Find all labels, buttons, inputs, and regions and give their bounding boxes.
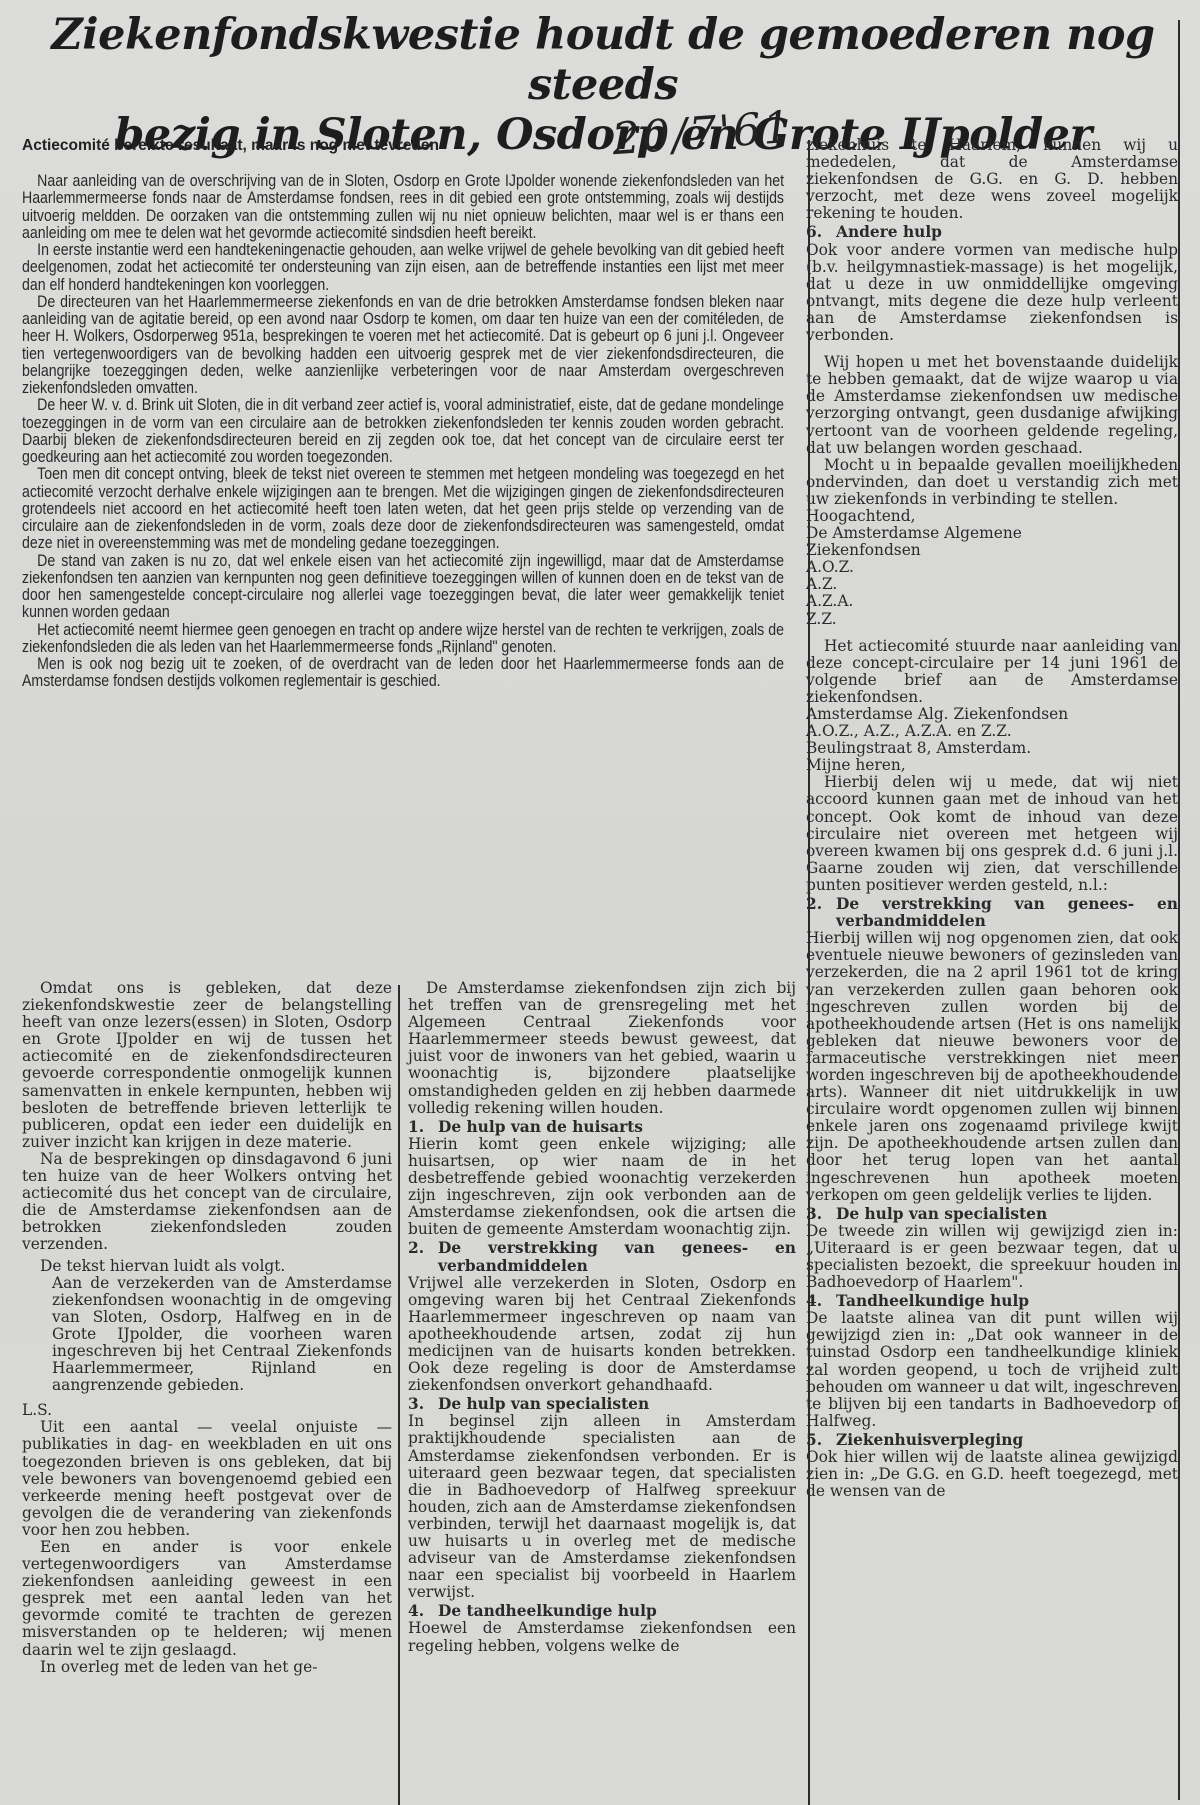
salutation: L.S. [22,1402,392,1419]
newspaper-clipping: Ziekenfondskwestie houdt de gemoederen n… [0,0,1200,1805]
column-2: De Amsterdamse ziekenfondsen zijn zich b… [408,980,796,1655]
intro-paragraph: De heer W. v. d. Brink uit Sloten, die i… [22,396,784,465]
paragraph: Omdat ons is gebleken, dat deze ziekenfo… [22,980,392,1151]
signature-line: A.O.Z. [806,559,1178,576]
intro-paragraph: Men is ook nog bezig uit te zoeken, of d… [22,655,784,690]
section-text: In beginsel zijn alleen in Amsterdam pra… [408,1413,796,1601]
paragraph: Het actiecomité stuurde naar aanleiding … [806,638,1178,706]
section-text: De laatste alinea van dit punt willen wi… [806,1310,1178,1430]
paragraph: In overleg met de leden van het ge- [22,1659,392,1676]
column-3: ziekenhuis te Haarlem, kunnen wij u mede… [806,137,1178,1500]
intro-paragraph: De directeuren van het Haarlemmermeerse … [22,293,784,397]
paragraph: ziekenhuis te Haarlem, kunnen wij u mede… [806,137,1178,222]
column-rule [398,985,400,1805]
section-text: De tweede zin willen wij gewijzigd zien … [806,1223,1178,1291]
intro-paragraph: Het actiecomité neemt hiermee geen genoe… [22,621,784,656]
paragraph: Na de besprekingen op dinsdagavond 6 jun… [22,1151,392,1254]
intro-paragraph: In eerste instantie werd een handtekenin… [22,241,784,293]
column-1: Omdat ons is gebleken, dat deze ziekenfo… [22,980,392,1676]
section-text: Vrijwel alle verzekerden in Sloten, Osdo… [408,1275,796,1395]
paragraph: Hierbij delen wij u mede, dat wij niet a… [806,774,1178,894]
section-heading: 6.Andere hulp [806,224,1178,241]
paragraph: De Amsterdamse ziekenfondsen zijn zich b… [408,980,796,1117]
section-text: Hierin komt geen enkele wijziging; alle … [408,1136,796,1239]
paragraph: Een en ander is voor enkele vertegenwoor… [22,1539,392,1659]
address-line: Amsterdamse Alg. Ziekenfondsen [806,706,1178,723]
paragraph: Mocht u in bepaalde gevallen moeilijkhed… [806,457,1178,508]
intro-paragraph: Toen men dit concept ontving, bleek de t… [22,465,784,551]
address-line: A.O.Z., A.Z., A.Z.A. en Z.Z. [806,723,1178,740]
signature-line: De Amsterdamse Algemene [806,525,1178,542]
section-heading: 2.De verstrekking van genees- en verband… [408,1240,796,1274]
address-line: Beulingstraat 8, Amsterdam. [806,740,1178,757]
signature-line: Ziekenfondsen [806,542,1178,559]
section-heading: 5.Ziekenhuisverpleging [806,1432,1178,1449]
intro-text-block: Naar aanleiding van de overschrijving va… [22,172,784,690]
intro-paragraph: Naar aanleiding van de overschrijving va… [22,172,784,241]
circular-address: Aan de verzekerden van de Amsterdamse zi… [52,1275,392,1395]
subheadline: Actiecomité bereikte resultaat, maar is … [22,137,439,155]
section-text: Ook hier willen wij de laatste alinea ge… [806,1449,1178,1500]
section-text: Hoewel de Amsterdamse ziekenfondsen een … [408,1620,796,1654]
section-heading: 3.De hulp van specialisten [408,1396,796,1413]
intro-paragraph: De stand van zaken is nu zo, dat wel enk… [22,552,784,621]
section-heading: 4.De tandheelkundige hulp [408,1603,796,1620]
section-heading: 1.De hulp van de huisarts [408,1119,796,1136]
signature-line: A.Z. [806,576,1178,593]
column-rule [1178,20,1180,1800]
signature-line: Hoogachtend, [806,508,1178,525]
greeting: Mijne heren, [806,757,1178,774]
paragraph: Uit een aantal — veelal onjuiste — publi… [22,1419,392,1539]
headline-line-1: Ziekenfondskwestie houdt de gemoederen n… [18,10,1188,110]
signature-line: A.Z.A. [806,593,1178,610]
paragraph: De tekst hiervan luidt als volgt. [22,1258,392,1275]
section-heading: 4.Tandheelkundige hulp [806,1293,1178,1310]
section-heading: 2.De verstrekking van genees- en verband… [806,896,1178,930]
section-text: Hierbij willen wij nog opgenomen zien, d… [806,930,1178,1204]
signature-line: Z.Z. [806,611,1178,628]
section-heading: 3.De hulp van specialisten [806,1206,1178,1223]
section-text: Ook voor andere vormen van medische hulp… [806,242,1178,345]
paragraph: Wij hopen u met het bovenstaande duideli… [806,354,1178,457]
